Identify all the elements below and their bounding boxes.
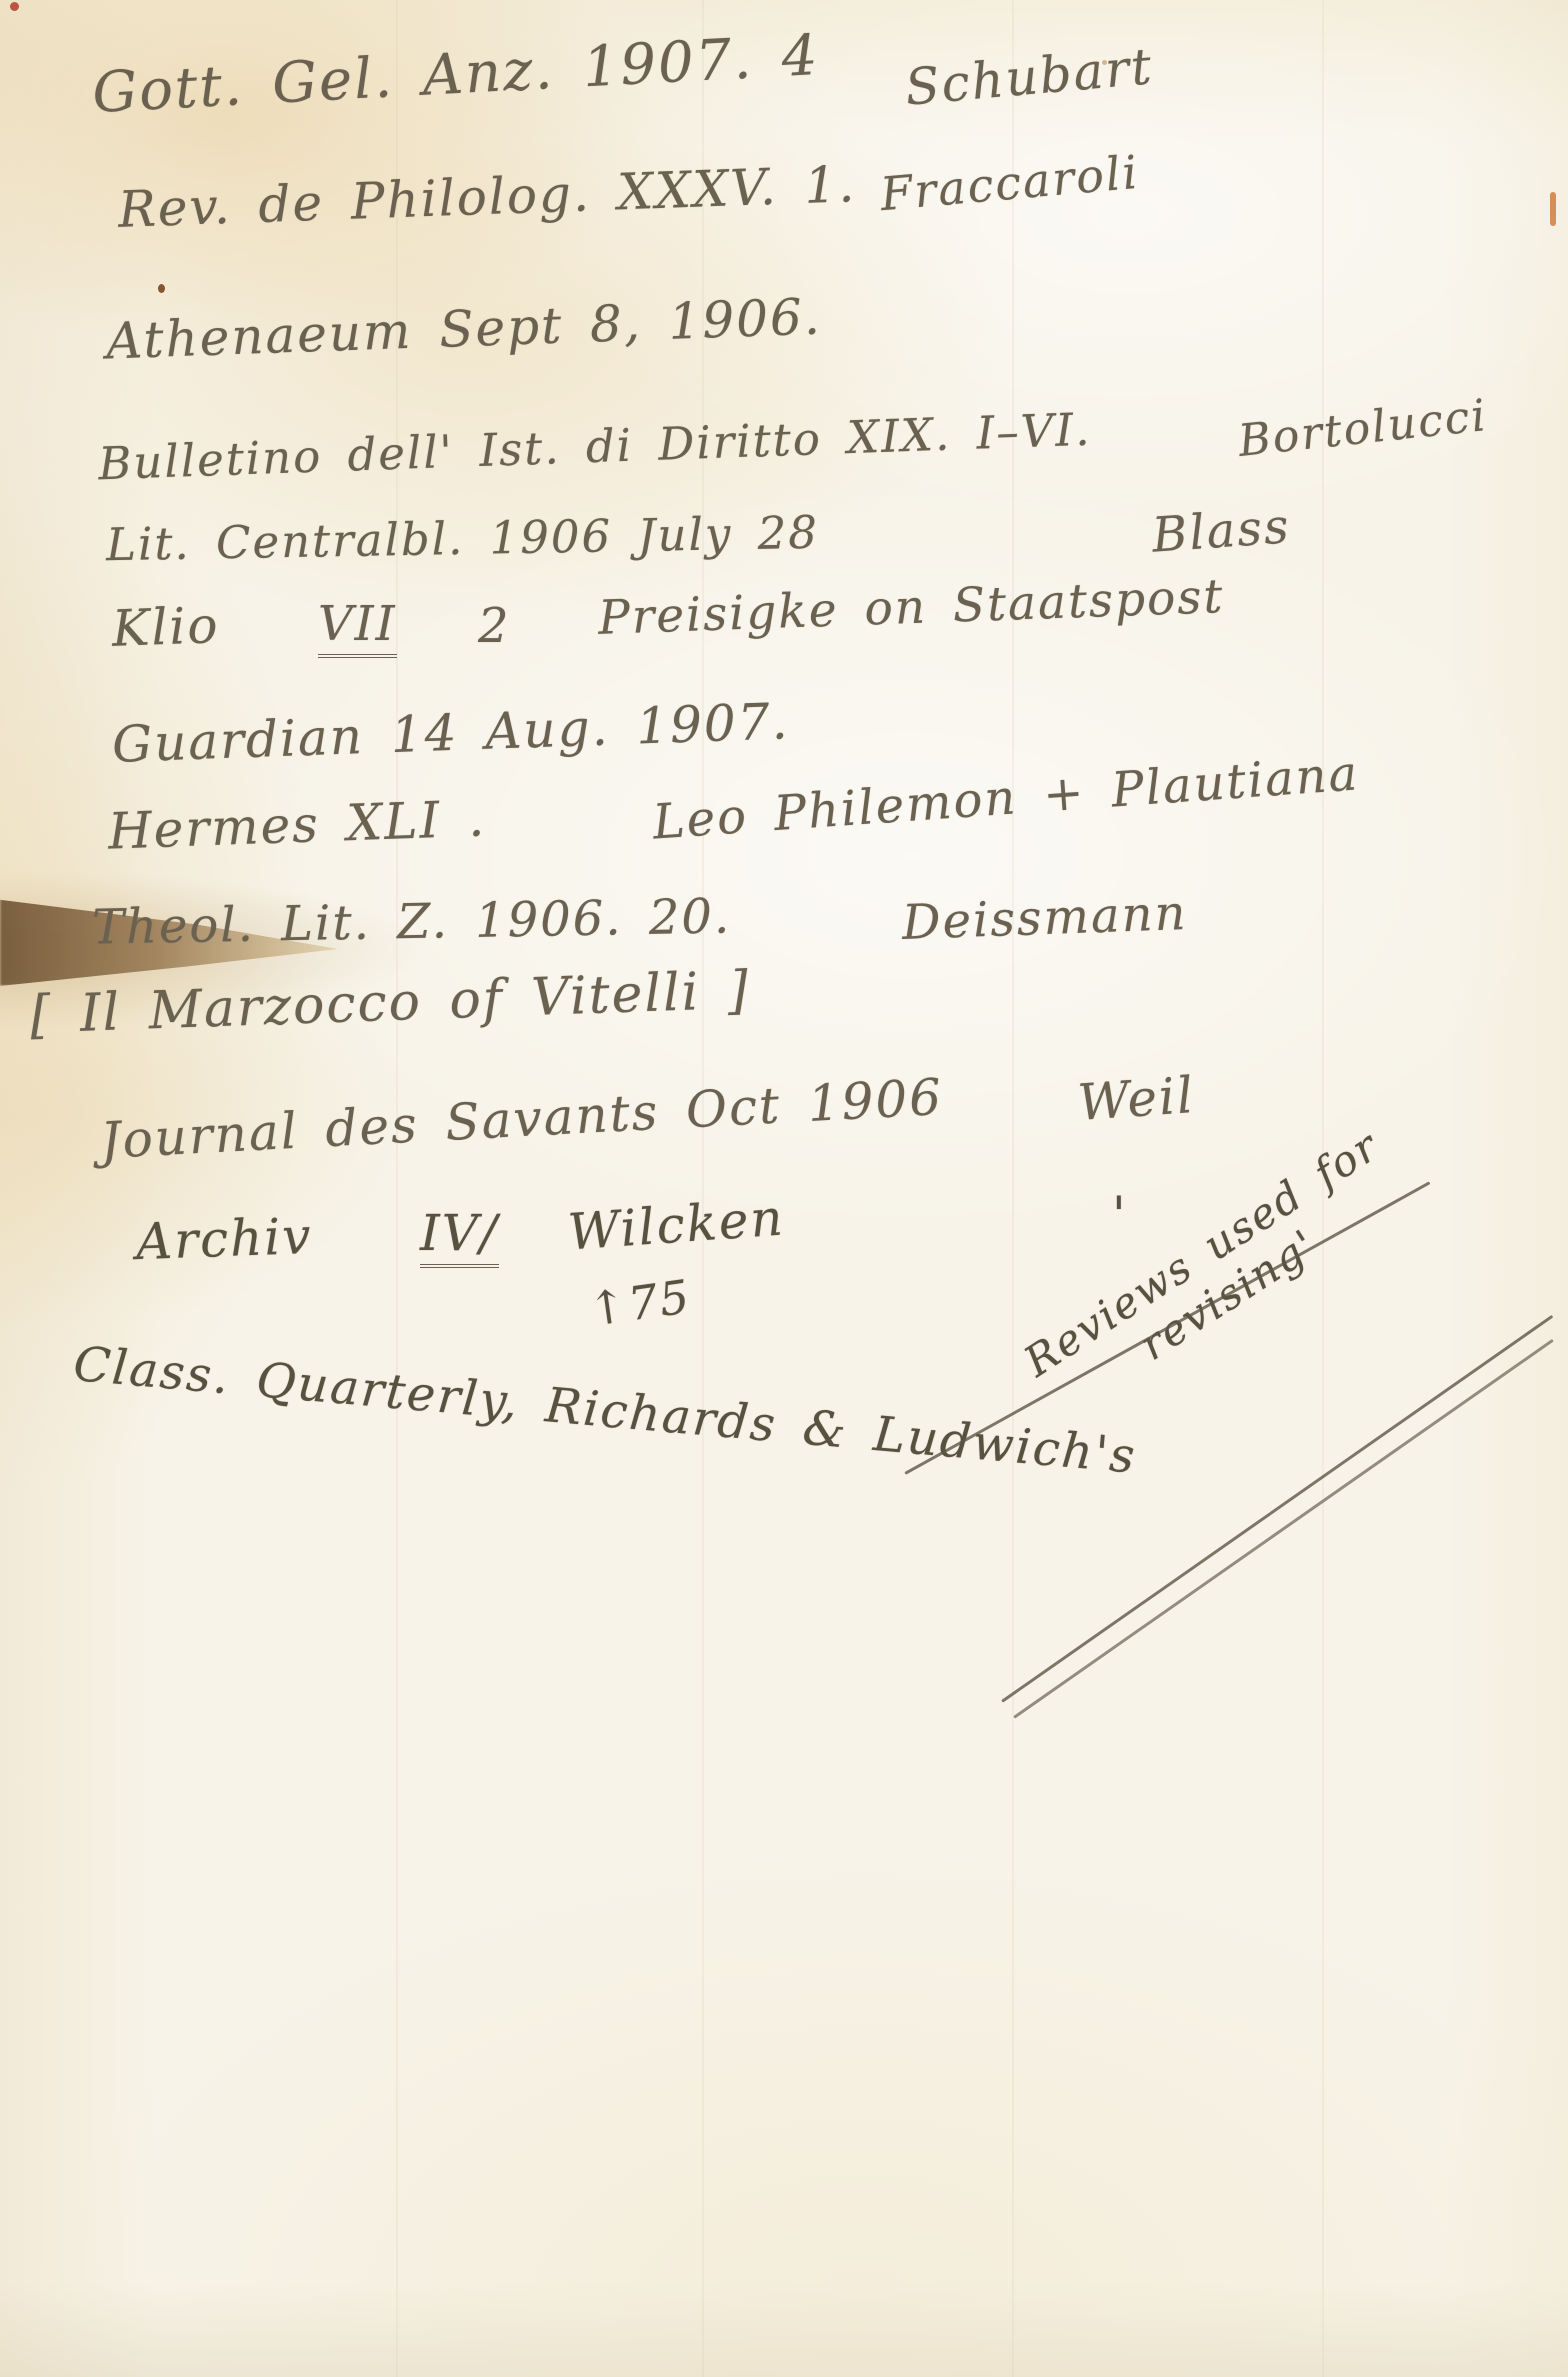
entry-citation: Klio xyxy=(111,598,220,657)
entry-citation: Theol. Lit. Z. 1906. 20. xyxy=(92,890,732,954)
entry-citation: Rev. de Philolog. XXXV. 1. xyxy=(117,157,857,238)
entry-reviewer: Weil xyxy=(1076,1068,1196,1131)
diagonal-annotation: Reviews used for revising' xyxy=(987,1102,1443,1446)
entry-citation: Class. Quarterly, Richards & Ludwich's xyxy=(71,1338,1138,1484)
entry-reviewer: Wilcken xyxy=(566,1191,786,1261)
entry-citation: Athenaeum Sept 8, 1906. xyxy=(105,290,822,370)
entry-note: Preisigke on Staatspost xyxy=(597,571,1225,645)
entry-reviewer: Fraccaroli xyxy=(878,147,1141,220)
entry-citation: Archiv xyxy=(135,1209,313,1270)
fold-line xyxy=(1012,0,1014,2377)
entry-citation: Journal des Savants Oct 1906 xyxy=(99,1070,944,1169)
page-number-note: ↑75 xyxy=(585,1271,694,1335)
paper-speck xyxy=(158,284,165,293)
entry-reviewer: Blass xyxy=(1150,500,1292,562)
entry-citation: Lit. Centralbl. 1906 July 28 xyxy=(106,508,820,570)
underlined-volume: VII xyxy=(318,596,397,658)
fold-line xyxy=(702,0,704,2377)
entry-reviewer: Schubart xyxy=(903,39,1155,115)
paper-speck xyxy=(1550,192,1556,226)
annotation-line: Reviews used for xyxy=(987,1102,1416,1405)
entry-citation: Bulletino dell' Ist. di Diritto XIX. I–V… xyxy=(97,405,1092,489)
entry-citation: Guardian 14 Aug. 1907. xyxy=(111,694,790,773)
entry-issue: 2 xyxy=(478,600,511,653)
underlined-volume: IV/ xyxy=(420,1204,499,1268)
entry-reviewer: Bortolucci xyxy=(1236,392,1489,466)
entry-citation: Hermes XLI . xyxy=(107,791,487,859)
entry-citation: Gott. Gel. Anz. 1907. 4 xyxy=(91,25,821,125)
apostrophe-mark: ' xyxy=(1112,1188,1128,1243)
pen-stroke xyxy=(904,1181,1430,1475)
entry-reviewer: Deissmann xyxy=(901,887,1188,950)
note-page: Gott. Gel. Anz. 1907. 4 Schubart Rev. de… xyxy=(0,0,1568,2377)
entry-note: Leo Philemon + Plautiana xyxy=(651,747,1361,849)
paper-speck xyxy=(10,2,19,11)
